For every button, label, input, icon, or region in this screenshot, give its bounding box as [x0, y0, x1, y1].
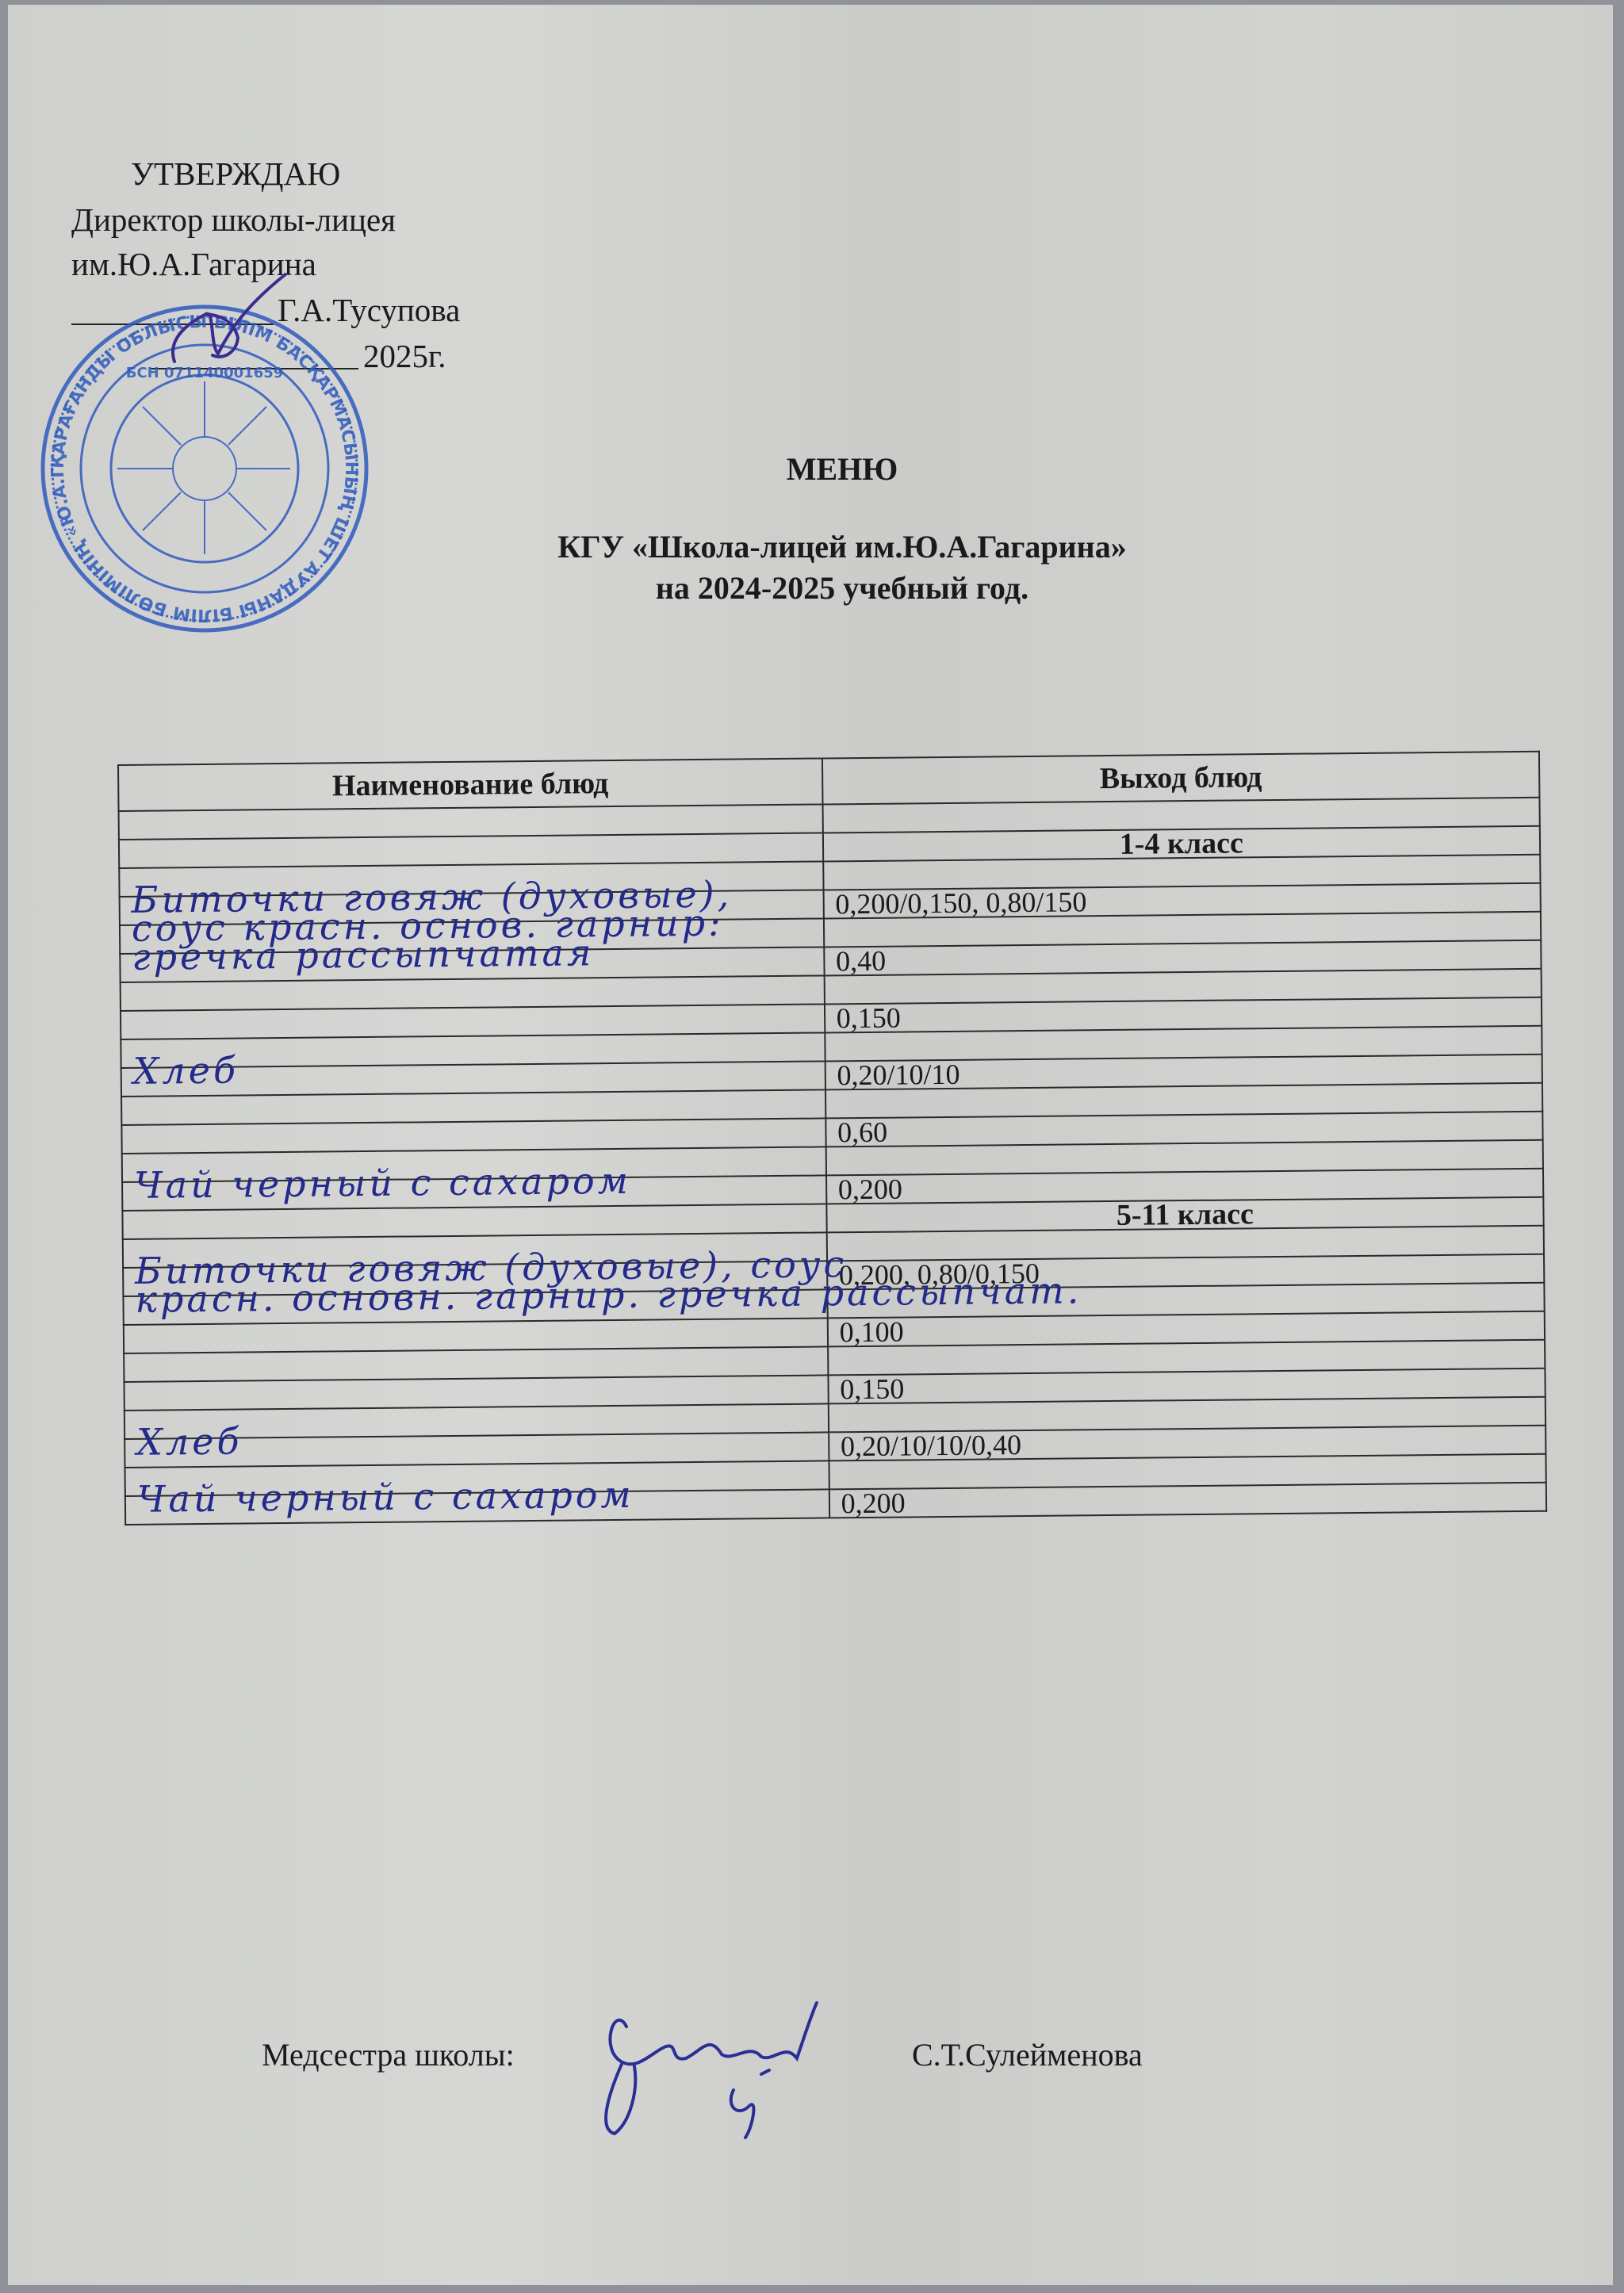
nurse-label: Медсестра школы:	[262, 2036, 515, 2073]
document-page: УТВЕРЖДАЮ Директор школы-лицея им.Ю.А.Га…	[8, 5, 1613, 2285]
dish-name: Чай черный с сахаром	[137, 1481, 634, 1513]
dish-name-cell: Чай черный с сахаром	[125, 1489, 829, 1525]
nurse-signature-icon	[591, 1987, 924, 2146]
nurse-name: С.Т.Сулейменова	[912, 2036, 1143, 2073]
dish-name: Чай черный с сахаром	[134, 1167, 631, 1199]
column-header-dish-name: Наименование блюд	[118, 758, 822, 811]
document-title: МЕНЮ	[40, 450, 1624, 488]
dish-name: Хлеб	[133, 1057, 239, 1085]
approval-heading: УТВЕРЖДАЮ	[131, 155, 340, 192]
organization-name: КГУ «Школа-лицей им.Ю.А.Гагарина»	[40, 528, 1624, 565]
dish-name: Хлеб	[136, 1428, 243, 1456]
school-year: на 2024-2025 учебный год.	[40, 569, 1624, 607]
column-header-portion: Выход блюд	[822, 752, 1540, 805]
dish-name: гречка рассыпчатая	[132, 939, 594, 970]
portion-cell: 0,200	[829, 1483, 1546, 1518]
menu-table: Наименование блюд Выход блюд 1-4 классБи…	[117, 751, 1547, 1525]
approval-date: 2025г.	[363, 338, 446, 374]
dish-name: красн. основн. гарнир. гречка рассыпчат.	[135, 1277, 1082, 1312]
director-signature-icon	[143, 266, 301, 377]
approval-position-line1: Директор школы-лицея	[71, 201, 396, 238]
table-row: Чай черный с сахаром0,200	[125, 1483, 1546, 1525]
